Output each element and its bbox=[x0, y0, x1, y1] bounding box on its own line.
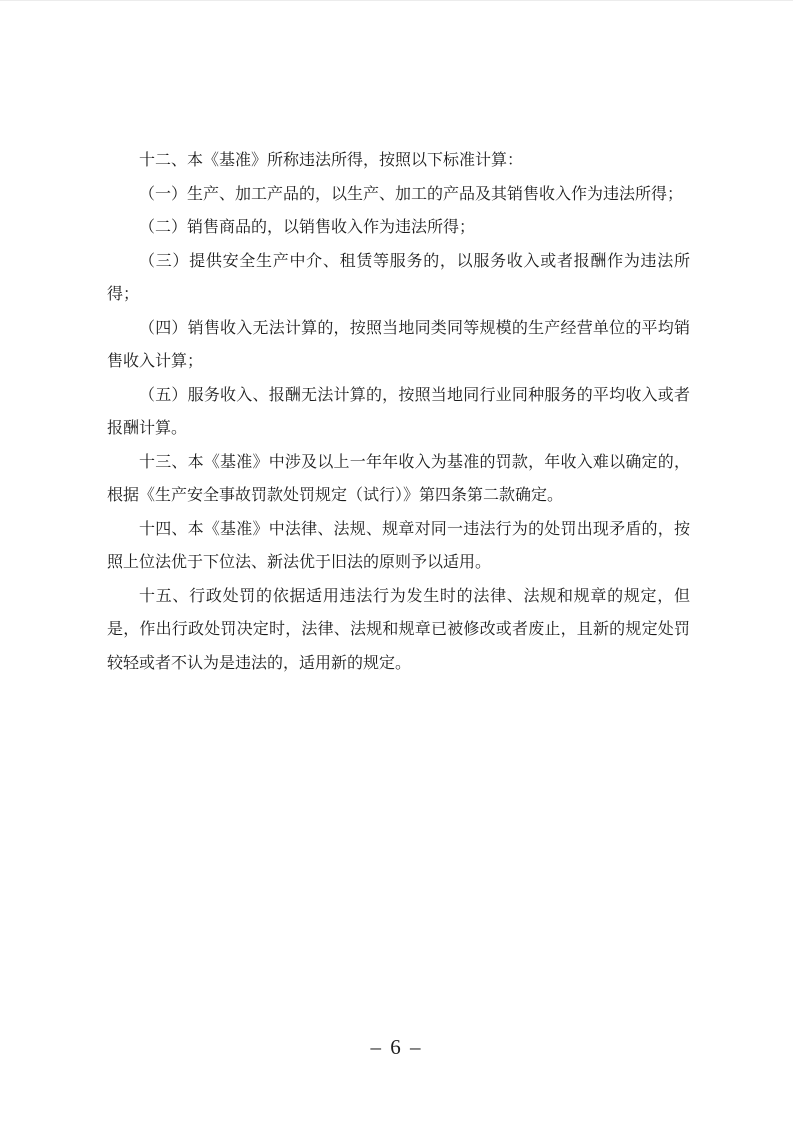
para-article-12: 十二、本《基准》所称违法所得，按照以下标准计算： bbox=[107, 144, 690, 178]
para-item-4: （四）销售收入无法计算的，按照当地同类同等规模的生产经营单位的平均销售收入计算； bbox=[107, 312, 690, 379]
document-page: 十二、本《基准》所称违法所得，按照以下标准计算： （一）生产、加工产品的，以生产… bbox=[0, 0, 793, 1122]
para-article-15: 十五、行政处罚的依据适用违法行为发生时的法律、法规和规章的规定，但是，作出行政处… bbox=[107, 580, 690, 681]
para-article-13: 十三、本《基准》中涉及以上一年年收入为基准的罚款，年收入难以确定的，根据《生产安… bbox=[107, 446, 690, 513]
para-item-1: （一）生产、加工产品的，以生产、加工的产品及其销售收入作为违法所得； bbox=[107, 178, 690, 212]
page-footer: – 6 – bbox=[0, 1035, 793, 1060]
page-number: – 6 – bbox=[371, 1035, 423, 1059]
para-item-3: （三）提供安全生产中介、租赁等服务的，以服务收入或者报酬作为违法所得； bbox=[107, 245, 690, 312]
para-item-5: （五）服务收入、报酬无法计算的，按照当地同行业同种服务的平均收入或者报酬计算。 bbox=[107, 379, 690, 446]
para-item-2: （二）销售商品的，以销售收入作为违法所得； bbox=[107, 211, 690, 245]
para-article-14: 十四、本《基准》中法律、法规、规章对同一违法行为的处罚出现矛盾的，按照上位法优于… bbox=[107, 513, 690, 580]
document-body: 十二、本《基准》所称违法所得，按照以下标准计算： （一）生产、加工产品的，以生产… bbox=[107, 144, 690, 680]
